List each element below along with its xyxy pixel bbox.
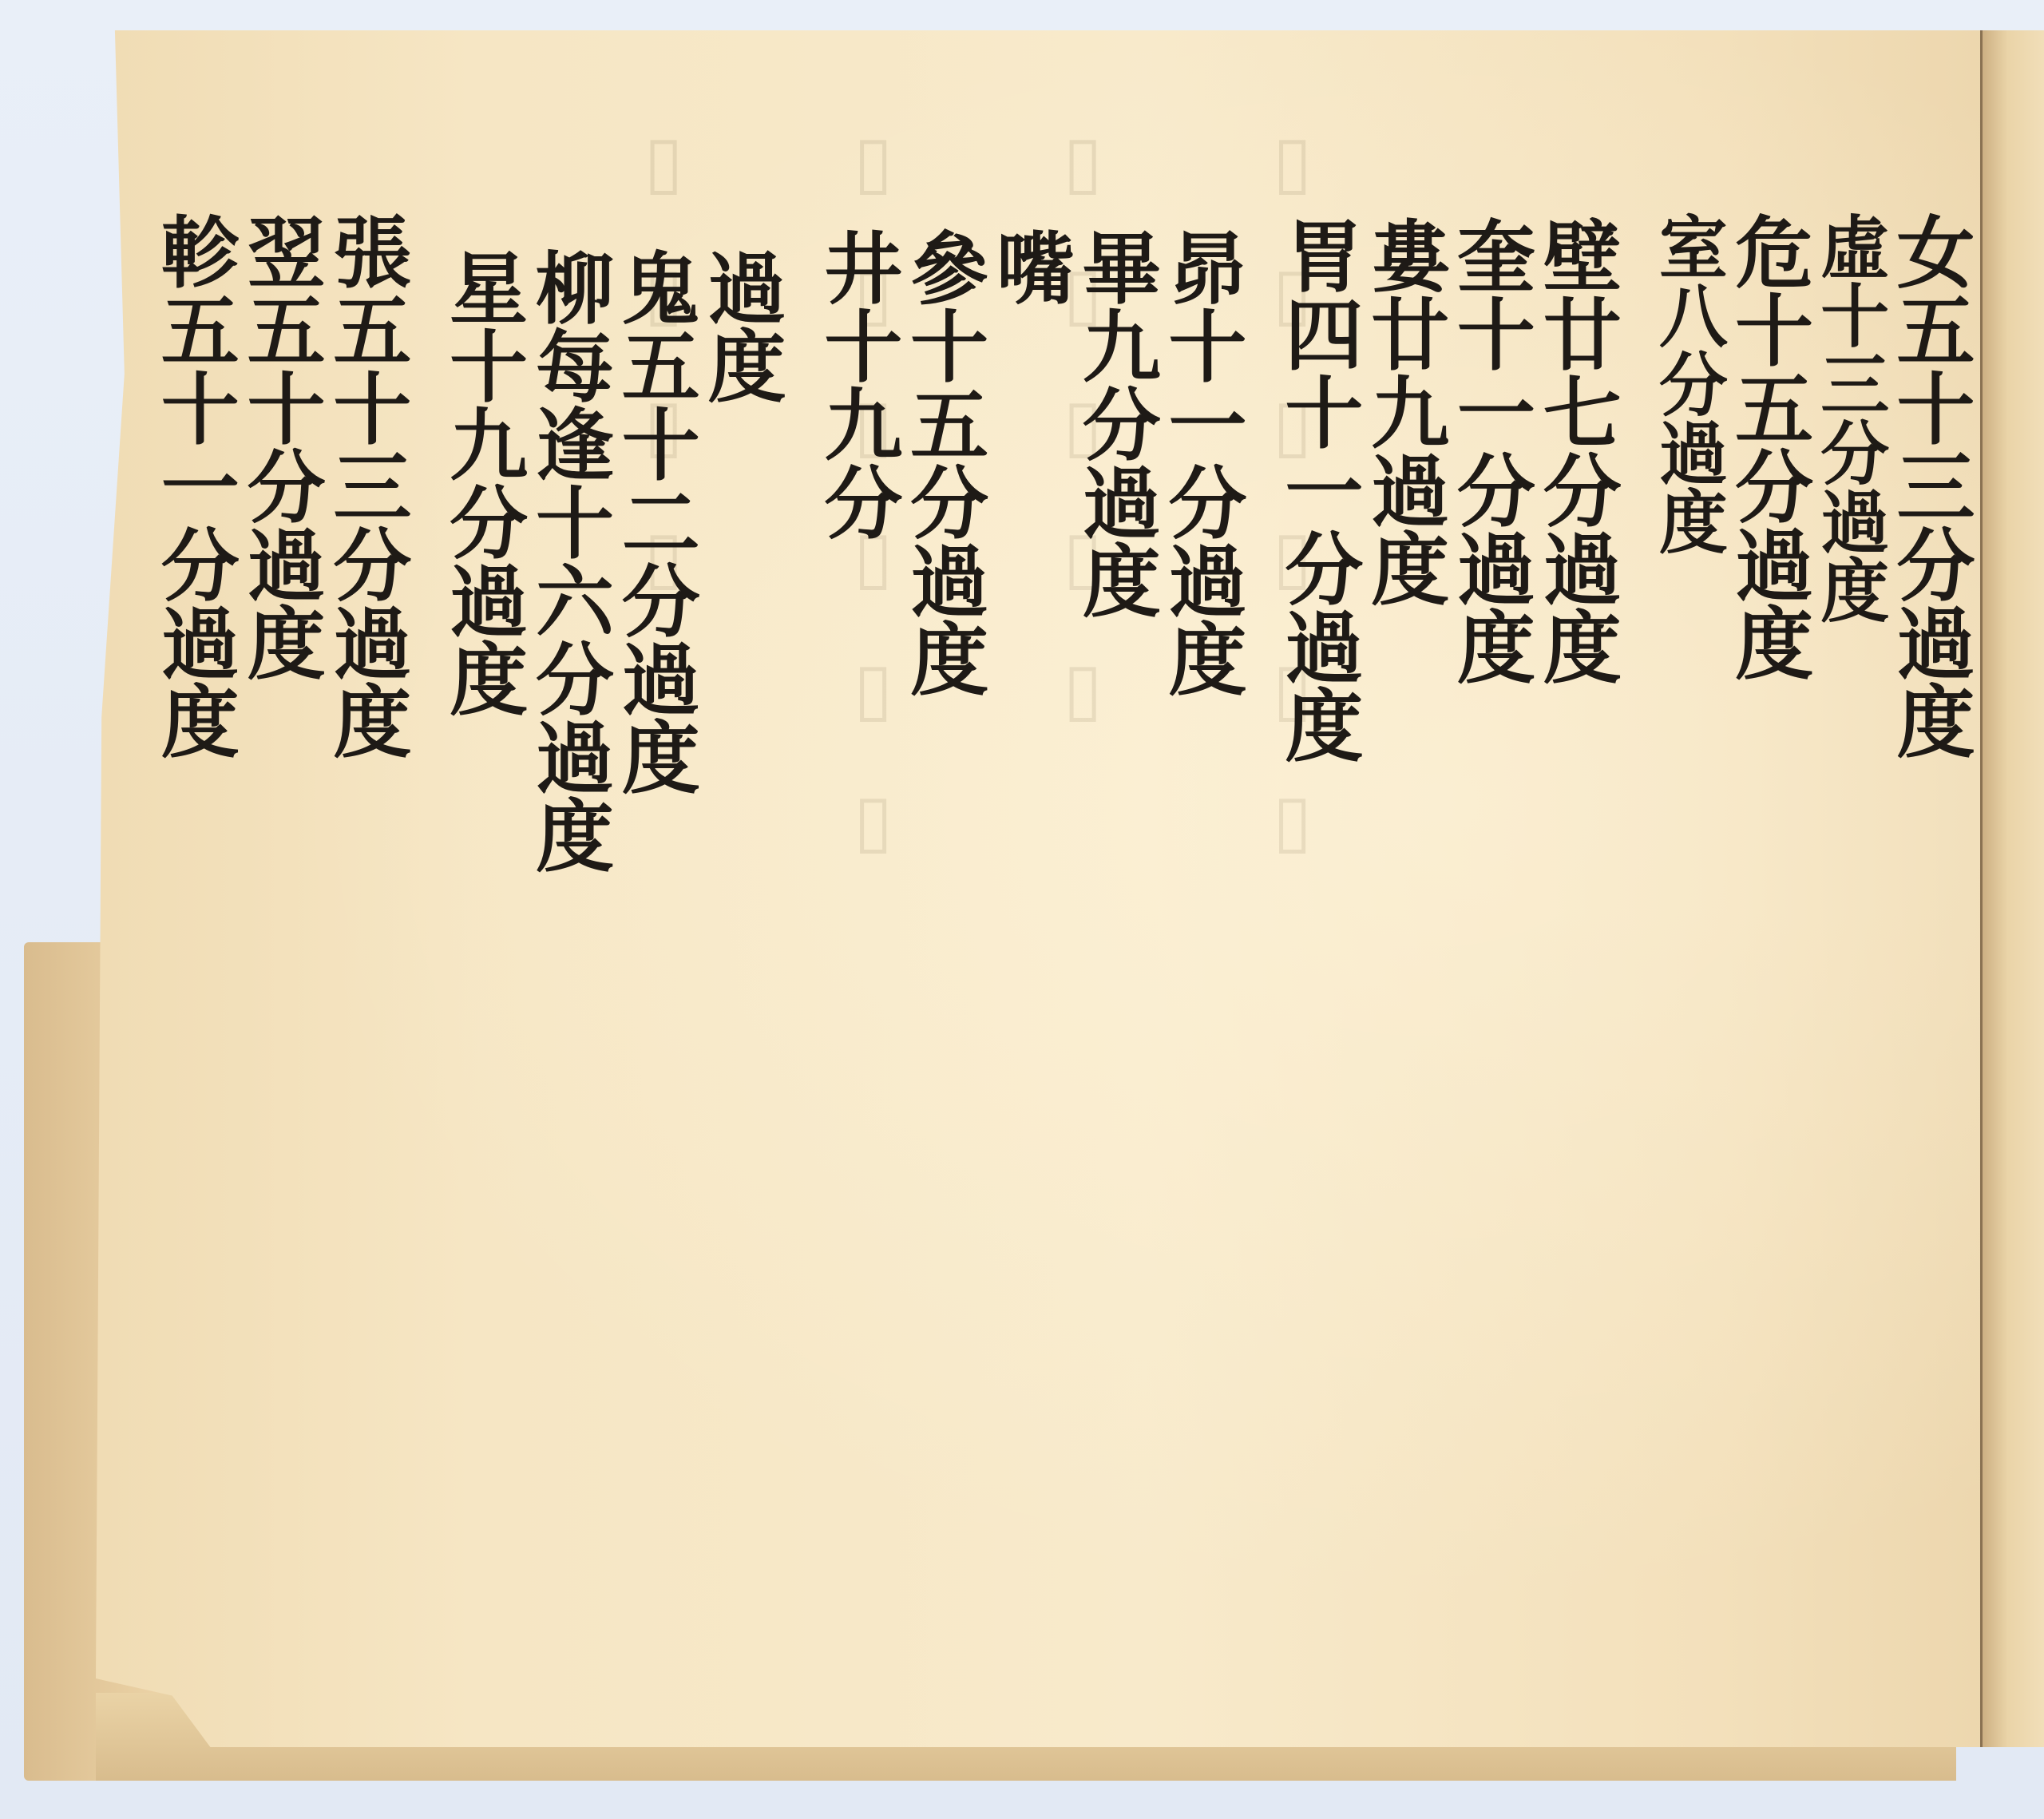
entry-zui: 嘴	[986, 228, 1072, 874]
entry-kui: 奎十一分過度	[1447, 216, 1533, 874]
entry-continuation: 過度	[697, 248, 783, 874]
entry-bi-net: 畢九分過度	[1072, 228, 1158, 874]
entry-bi: 壁廿七分過度	[1532, 216, 1618, 874]
text-column-3: 昴十一分過度 畢九分過度 嘴 參十五分過度 井十九分	[814, 228, 1244, 917]
entry-nu: 女五十三分過度	[1886, 212, 1972, 874]
text-column-1: 女五十三分過度 虛十三分過度 危十五分過度 室八分過度	[1649, 212, 1972, 917]
text-column-2: 壁廿七分過度 奎十一分過度 婁廿九過度 胃四十一分過度	[1274, 216, 1618, 917]
entry-wei-stomach: 胃四十一分過度	[1274, 216, 1361, 917]
entry-shi: 室八分過度	[1649, 212, 1725, 917]
entry-gui: 鬼五十二分過度	[611, 248, 697, 874]
entry-xu: 虛十三分過度	[1811, 212, 1887, 874]
page-fold-right	[1980, 30, 2044, 1747]
entry-xing: 星十九分過度	[439, 248, 525, 917]
text-column-4: 過度 鬼五十二分過度 柳每逢十六分過度 星十九分過度	[439, 248, 783, 917]
entry-jing: 井十九分	[814, 228, 900, 917]
entry-yi: 翌五十分過度	[236, 212, 323, 874]
entry-zhen: 軫五十一分過度	[150, 212, 236, 917]
text-column-5: 張五十三分過度 翌五十分過度 軫五十一分過度	[150, 212, 408, 917]
entry-lou: 婁廿九過度	[1361, 216, 1447, 874]
manuscript-text: 女五十三分過度 虛十三分過度 危十五分過度 室八分過度 壁廿七分過度 奎十一分過…	[0, 212, 1972, 917]
entry-mao: 昴十一分過度	[1158, 228, 1244, 874]
entry-zhang: 張五十三分過度	[323, 212, 409, 874]
entry-shen: 參十五分過度	[900, 228, 986, 874]
entry-wei: 危十五分過度	[1725, 212, 1811, 874]
entry-liu: 柳每逢十六分過度	[525, 248, 612, 874]
